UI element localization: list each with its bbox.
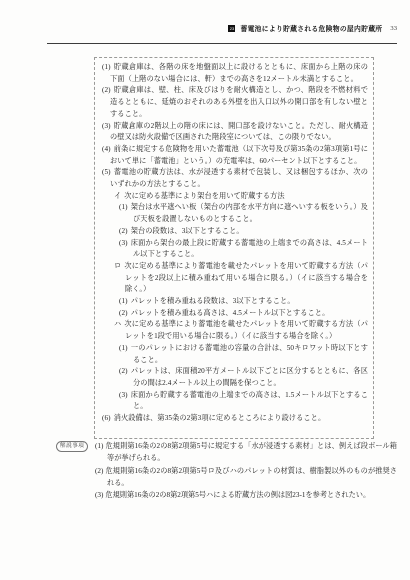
section-number-badge-icon: 23 <box>228 25 235 32</box>
document-page: 23 蓄電池により貯蔵される危険物の屋内貯蔵所 33 (1)貯蔵倉庫は、各階の床… <box>0 0 410 580</box>
item-text: 危規則第16条の2の8第2項第5号ロ及びハのパレットの材質は、樹脂製以外のものが… <box>105 467 397 487</box>
item-text: 消火設備は、第35条の2第3項に定めるところにより設けること。 <box>114 414 326 422</box>
running-head-title: 蓄電池により貯蔵される危険物の屋内貯蔵所 <box>240 23 382 33</box>
item-text: 貯蔵倉庫は、壁、柱、床及びはりを耐火構造とし、かつ、階段を不燃材料で造るとともに… <box>110 86 368 117</box>
item-marker: (3) <box>119 239 128 247</box>
notes-section: 解説事項 (1)危規則第16条の2の8第2項第5号に規定する「水が浸透する素材」… <box>56 440 397 502</box>
item-text: 貯蔵倉庫は、各階の床を地盤面以上に設けるとともに、床面から上階の床の下面（上階の… <box>110 63 368 83</box>
item-text: 架台の段数は、3以下とすること。 <box>131 227 244 235</box>
regulation-item: (2)パレットは、床面積20平方メートル以下ごとに区分するとともに、各区分の間は… <box>96 366 368 389</box>
item-text: 次に定める基準により架台を用いて貯蔵する方法 <box>124 192 284 200</box>
regulation-item: (4)前条に規定する危険物を用いた蓄電池（以下次号及び第35条の2第3項第1号に… <box>96 144 368 167</box>
item-marker: (1) <box>102 63 111 71</box>
regulation-box: (1)貯蔵倉庫は、各階の床を地盤面以上に設けるとともに、床面から上階の床の下面（… <box>94 57 374 439</box>
item-text: 前条に規定する危険物を用いた蓄電池（以下次号及び第35条の2第3項第1号において… <box>110 145 368 165</box>
regulation-item: (5)蓄電池の貯蔵方法は、水が浸透する素材で包装し、又は梱包するほか、次のいずれ… <box>96 167 368 190</box>
item-marker: (2) <box>95 467 103 475</box>
item-marker: (1) <box>119 344 128 352</box>
item-text: パレットを積み重ねる高さは、4.5メートル以下とすること。 <box>131 309 330 317</box>
item-marker: イ <box>114 192 121 200</box>
item-marker: (3) <box>95 491 103 499</box>
item-marker: (2) <box>119 367 128 375</box>
item-text: 貯蔵倉庫の2階以上の階の床には、開口部を設けないこと。ただし、耐火構造の壁又は防… <box>110 122 368 142</box>
regulation-item: (3)貯蔵倉庫の2階以上の階の床には、開口部を設けないこと。ただし、耐火構造の壁… <box>96 121 368 144</box>
regulation-item: (6)消火設備は、第35条の2第3項に定めるところにより設けること。 <box>96 413 368 425</box>
item-text: 床面から貯蔵する蓄電池の上端までの高さは、1.5メートル以下とすること。 <box>131 391 368 411</box>
regulation-item: (2)貯蔵倉庫は、壁、柱、床及びはりを耐火構造とし、かつ、階段を不燃材料で造ると… <box>96 85 368 120</box>
note-item: (2)危規則第16条の2の8第2項第5号ロ及びハのパレットの材質は、樹脂製以外の… <box>95 465 397 489</box>
item-text: 蓄電池の貯蔵方法は、水が浸透する素材で包装し、又は梱包するほか、次のいずれかの方… <box>110 168 368 188</box>
item-marker: (1) <box>119 203 128 211</box>
item-text: 一のパレットにおける蓄電池の容量の合計は、50キロワット時以下とすること。 <box>131 344 368 364</box>
regulation-item: (2)パレットを積み重ねる高さは、4.5メートル以下とすること。 <box>96 308 368 320</box>
item-marker: (3) <box>102 122 111 130</box>
regulation-item: (3)床面から架台の最上段に貯蔵する蓄電池の上端までの高さは、4.5メートル以下… <box>96 238 368 261</box>
regulation-item: (2)架台の段数は、3以下とすること。 <box>96 226 368 238</box>
item-text: パレットは、床面積20平方メートル以下ごとに区分するとともに、各区分の間は2.4… <box>131 367 368 387</box>
item-marker: (2) <box>119 227 128 235</box>
regulation-item: ハ次に定める基準により蓄電池を載せたパレットを用いて貯蔵する方法（パレットを1段… <box>96 319 368 342</box>
regulation-item: (3)床面から貯蔵する蓄電池の上端までの高さは、1.5メートル以下とすること。 <box>96 390 368 413</box>
regulation-item: ロ次に定める基準により蓄電池を載せたパレットを用いて貯蔵する方法（パレットを2段… <box>96 261 368 296</box>
regulation-item: イ次に定める基準により架台を用いて貯蔵する方法 <box>96 191 368 203</box>
running-head: 23 蓄電池により貯蔵される危険物の屋内貯蔵所 33 <box>47 23 397 33</box>
item-marker: (5) <box>102 168 111 176</box>
regulation-item: (1)一のパレットにおける蓄電池の容量の合計は、50キロワット時以下とすること。 <box>96 343 368 366</box>
item-marker: (1) <box>95 442 103 450</box>
item-text: 危規則第16条の2の8第2項第5号ハによる貯蔵方法の例は図23-1を参考とされた… <box>105 491 370 499</box>
item-marker: (2) <box>119 309 128 317</box>
note-item: (3)危規則第16条の2の8第2項第5号ハによる貯蔵方法の例は図23-1を参考と… <box>95 489 397 501</box>
item-marker: (3) <box>119 391 128 399</box>
item-text: 架台は水平遮へい板（架台の内部を水平方向に遮へいする板をいう。）及び天板を設置し… <box>131 203 368 223</box>
notes-label: 解説事項 <box>56 441 88 452</box>
page-number: 33 <box>390 25 397 32</box>
item-text: 次に定める基準により蓄電池を載せたパレットを用いて貯蔵する方法（パレットを1段で… <box>124 320 368 340</box>
item-text: 危規則第16条の2の8第2項第5号に規定する「水が浸透する素材」とは、例えば段ボ… <box>105 442 397 462</box>
regulation-item: (1)貯蔵倉庫は、各階の床を地盤面以上に設けるとともに、床面から上階の床の下面（… <box>96 62 368 85</box>
item-marker: ロ <box>114 262 121 270</box>
item-marker: (1) <box>119 297 128 305</box>
item-marker: (2) <box>102 86 111 94</box>
notes-list: (1)危規則第16条の2の8第2項第5号に規定する「水が浸透する素材」とは、例え… <box>95 440 397 501</box>
header-rule <box>47 43 397 44</box>
item-text: 次に定める基準により蓄電池を載せたパレットを用いて貯蔵する方法（パレットを2段以… <box>124 262 368 293</box>
regulation-item: (1)パレットを積み重ねる段数は、3以下とすること。 <box>96 296 368 308</box>
item-marker: ハ <box>114 320 121 328</box>
item-text: パレットを積み重ねる段数は、3以下とすること。 <box>131 297 295 305</box>
item-marker: (4) <box>102 145 111 153</box>
regulation-item: (1)架台は水平遮へい板（架台の内部を水平方向に遮へいする板をいう。）及び天板を… <box>96 202 368 225</box>
note-item: (1)危規則第16条の2の8第2項第5号に規定する「水が浸透する素材」とは、例え… <box>95 440 397 464</box>
item-marker: (6) <box>102 414 111 422</box>
item-text: 床面から架台の最上段に貯蔵する蓄電池の上端までの高さは、4.5メートル以下とする… <box>131 239 368 259</box>
